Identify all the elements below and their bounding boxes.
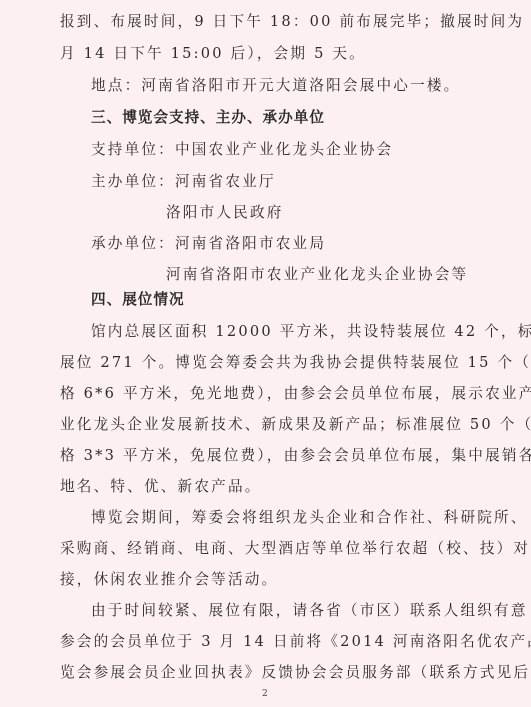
text-line: 馆内总展区面积 12000 平方米，共设特装展位 42 个，标准 xyxy=(91,322,531,342)
text-line: 报到、布展时间，9 日下午 18：00 前布展完毕；撤展时间为 4 xyxy=(60,12,531,32)
page-number: 2 xyxy=(262,689,268,699)
supporting-unit: 支持单位：中国农业产业化龙头企业协会 xyxy=(91,140,393,160)
text-line: 月 14 日下午 15:00 后），会期 5 天。 xyxy=(60,44,366,64)
host-unit: 主办单位：河南省农业厅 xyxy=(91,172,276,192)
text-line: 接，休闲农业推介会等活动。 xyxy=(60,570,278,590)
location-line: 地点：河南省洛阳市开元大道洛阳会展中心一楼。 xyxy=(91,76,460,96)
section-heading-4: 四、展位情况 xyxy=(91,290,185,310)
text-line: 格 3*3 平方米，免展位费），由参会会员单位布展，集中展销各 xyxy=(60,446,531,466)
text-line: 参会的会员单位于 3 月 14 日前将《2014 河南洛阳名优农产品博 xyxy=(60,632,531,652)
organizer-unit-2: 河南省洛阳市农业产业化龙头企业协会等 xyxy=(166,265,468,285)
text-line: 展位 271 个。博览会筹委会共为我协会提供特装展位 15 个（规 xyxy=(60,353,531,373)
host-unit-2: 洛阳市人民政府 xyxy=(166,203,284,223)
text-line: 览会参展会员企业回执表》反馈协会会员服务部（联系方式见后）， xyxy=(60,663,531,683)
text-line: 由于时间较紧、展位有限，请各省（市区）联系人组织有意 xyxy=(91,601,528,621)
text-line: 地名、特、优、新农产品。 xyxy=(60,477,262,497)
document-page: 报到、布展时间，9 日下午 18：00 前布展完毕；撤展时间为 4 月 14 日… xyxy=(0,0,531,707)
organizer-unit: 承办单位：河南省洛阳市农业局 xyxy=(91,234,326,254)
text-line: 业化龙头企业发展新技术、新成果及新产品；标准展位 50 个（规 xyxy=(60,415,531,435)
section-heading-3: 三、博览会支持、主办、承办单位 xyxy=(91,108,325,128)
text-line: 格 6*6 平方米，免光地费），由参会会员单位布展，展示农业产 xyxy=(60,384,531,404)
text-line: 博览会期间，筹委会将组织龙头企业和合作社、科研院所、 xyxy=(91,508,528,528)
text-line: 采购商、经销商、电商、大型酒店等单位举行农超（校、技）对 xyxy=(60,539,530,559)
